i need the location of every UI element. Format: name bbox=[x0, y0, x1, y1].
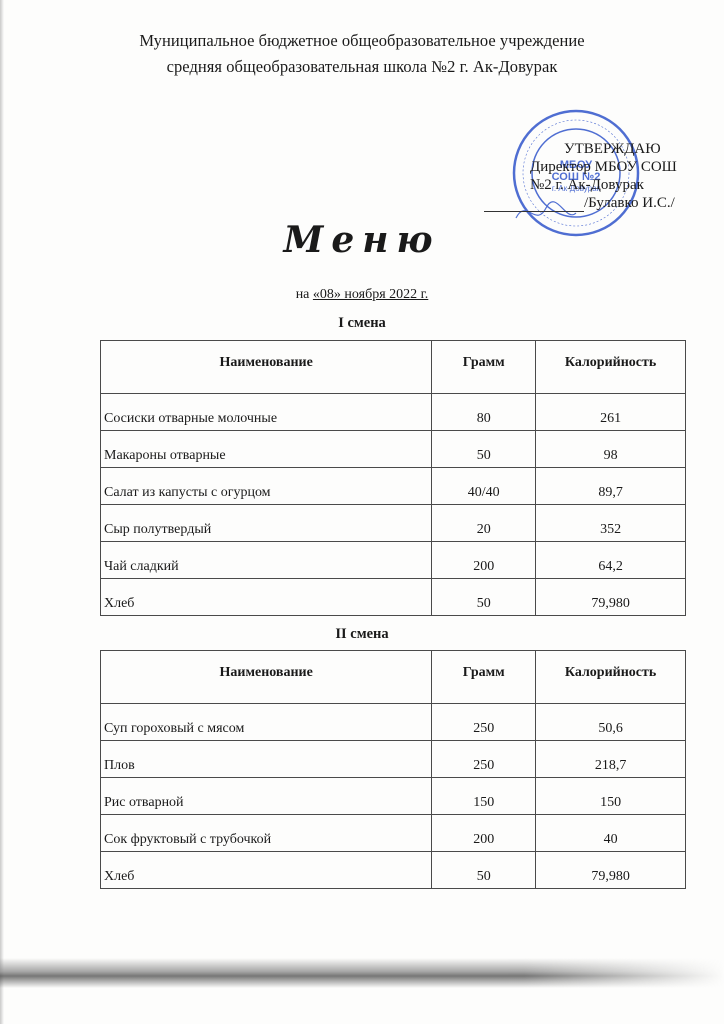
table-row: Хлеб5079,980 bbox=[101, 579, 686, 616]
dish-calories: 79,980 bbox=[536, 579, 686, 616]
dish-name: Плов bbox=[101, 741, 432, 778]
column-header-name: Наименование bbox=[101, 651, 432, 704]
table-row: Сок фруктовый с трубочкой20040 bbox=[101, 815, 686, 852]
shift-1-label: I смена bbox=[0, 315, 724, 332]
signatory-name: /Булавко И.С./ bbox=[584, 195, 675, 211]
column-header-grams: Грамм bbox=[432, 651, 536, 704]
approval-block: УТВЕРЖДАЮ Директор МБОУ СОШ №2 г. Ак-Дов… bbox=[530, 140, 677, 212]
approval-heading: УТВЕРЖДАЮ bbox=[530, 140, 677, 158]
dish-name: Сок фруктовый с трубочкой bbox=[101, 815, 432, 852]
dish-grams: 200 bbox=[432, 815, 536, 852]
dish-calories: 40 bbox=[536, 815, 686, 852]
dish-grams: 200 bbox=[432, 542, 536, 579]
dish-calories: 79,980 bbox=[536, 852, 686, 889]
institution-name-line2: средняя общеобразовательная школа №2 г. … bbox=[0, 57, 724, 77]
dish-name: Сосиски отварные молочные bbox=[101, 394, 432, 431]
shift-2-menu-table: Наименование Грамм Калорийность Суп горо… bbox=[100, 650, 686, 889]
column-header-grams: Грамм bbox=[432, 341, 536, 394]
dish-calories: 352 bbox=[536, 505, 686, 542]
table-row: Рис отварной150150 bbox=[101, 778, 686, 815]
dish-grams: 50 bbox=[432, 431, 536, 468]
column-header-calories: Калорийность bbox=[536, 341, 686, 394]
page-edge-shadow bbox=[0, 0, 4, 1024]
table-row: Сыр полутвердый20352 bbox=[101, 505, 686, 542]
dish-name: Суп гороховый с мясом bbox=[101, 704, 432, 741]
dish-calories: 98 bbox=[536, 431, 686, 468]
table-row: Сосиски отварные молочные80261 bbox=[101, 394, 686, 431]
date-value: «08» ноября 2022 г. bbox=[313, 287, 428, 302]
table-row: Суп гороховый с мясом25050,6 bbox=[101, 704, 686, 741]
dish-grams: 20 bbox=[432, 505, 536, 542]
dish-name: Сыр полутвердый bbox=[101, 505, 432, 542]
institution-name-line1: Муниципальное бюджетное общеобразователь… bbox=[0, 31, 724, 51]
dish-calories: 261 bbox=[536, 394, 686, 431]
dish-name: Хлеб bbox=[101, 579, 432, 616]
page-curl-shadow bbox=[0, 958, 724, 988]
dish-grams: 250 bbox=[432, 741, 536, 778]
table-header-row: Наименование Грамм Калорийность bbox=[101, 341, 686, 394]
dish-name: Рис отварной bbox=[101, 778, 432, 815]
dish-name: Хлеб bbox=[101, 852, 432, 889]
dish-name: Салат из капусты с огурцом bbox=[101, 468, 432, 505]
column-header-calories: Калорийность bbox=[536, 651, 686, 704]
shift-2-label: II смена bbox=[0, 626, 724, 643]
table-row: Хлеб5079,980 bbox=[101, 852, 686, 889]
table-row: Салат из капусты с огурцом40/4089,7 bbox=[101, 468, 686, 505]
dish-grams: 150 bbox=[432, 778, 536, 815]
date-prefix: на bbox=[296, 287, 313, 302]
dish-calories: 50,6 bbox=[536, 704, 686, 741]
dish-calories: 89,7 bbox=[536, 468, 686, 505]
dish-grams: 50 bbox=[432, 852, 536, 889]
shift-1-menu-table: Наименование Грамм Калорийность Сосиски … bbox=[100, 340, 686, 616]
dish-grams: 80 bbox=[432, 394, 536, 431]
dish-calories: 64,2 bbox=[536, 542, 686, 579]
dish-calories: 218,7 bbox=[536, 741, 686, 778]
table-row: Чай сладкий20064,2 bbox=[101, 542, 686, 579]
table-header-row: Наименование Грамм Калорийность bbox=[101, 651, 686, 704]
dish-grams: 50 bbox=[432, 579, 536, 616]
approval-position: Директор МБОУ СОШ bbox=[530, 158, 677, 176]
approval-school: №2 г. Ак-Довурак bbox=[530, 176, 677, 194]
page-title: Меню bbox=[0, 219, 724, 261]
menu-date: на «08» ноября 2022 г. bbox=[0, 287, 724, 303]
column-header-name: Наименование bbox=[101, 341, 432, 394]
dish-grams: 250 bbox=[432, 704, 536, 741]
dish-calories: 150 bbox=[536, 778, 686, 815]
dish-name: Чай сладкий bbox=[101, 542, 432, 579]
dish-grams: 40/40 bbox=[432, 468, 536, 505]
dish-name: Макароны отварные bbox=[101, 431, 432, 468]
table-row: Плов250218,7 bbox=[101, 741, 686, 778]
signature-line bbox=[484, 197, 584, 212]
table-row: Макароны отварные5098 bbox=[101, 431, 686, 468]
